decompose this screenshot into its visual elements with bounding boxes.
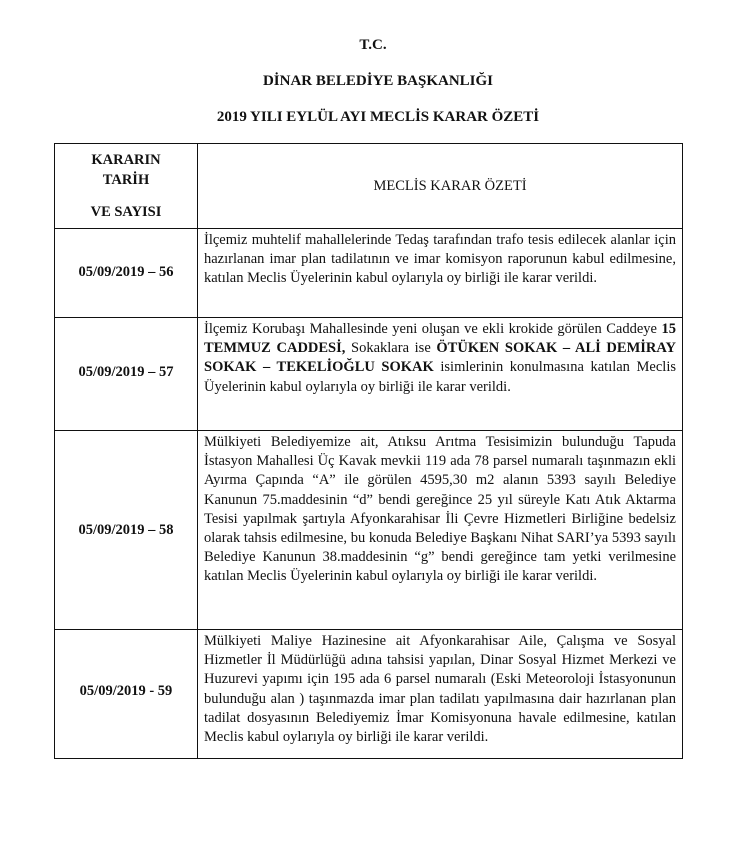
decision-summary: İlçemiz muhtelif mahallelerinde Tedaş ta… (198, 229, 683, 318)
summary-text: Sokaklara ise (345, 340, 436, 356)
decision-date-number: 05/09/2019 - 59 (55, 630, 198, 759)
column-header-date-number: KARARIN TARİH VE SAYISI (55, 144, 198, 229)
decision-date-number: 05/09/2019 – 58 (55, 431, 198, 630)
table-row: 05/09/2019 – 56 İlçemiz muhtelif mahalle… (55, 229, 683, 318)
municipality-title: DİNAR BELEDİYE BAŞKANLIĞI (5, 72, 746, 90)
decision-date-number: 05/09/2019 – 57 (55, 318, 198, 431)
decision-date-number: 05/09/2019 – 56 (55, 229, 198, 318)
column-header-line: KARARIN (91, 152, 160, 168)
decision-summary: Mülkiyeti Belediyemize ait, Atıksu Arıtm… (198, 431, 683, 630)
table-row: 05/09/2019 - 59 Mülkiyeti Maliye Hazines… (55, 630, 683, 759)
table-header-row: KARARIN TARİH VE SAYISI MECLİS KARAR ÖZE… (55, 144, 683, 229)
column-header-line: VE SAYISI (91, 204, 162, 220)
column-header-line: TARİH (103, 172, 149, 188)
summary-text: İlçemiz Korubaşı Mahallesinde yeni oluşa… (204, 321, 662, 337)
table-row: 05/09/2019 – 57 İlçemiz Korubaşı Mahalle… (55, 318, 683, 431)
column-header-summary: MECLİS KARAR ÖZETİ (198, 144, 683, 229)
decision-summary: İlçemiz Korubaşı Mahallesinde yeni oluşa… (198, 318, 683, 431)
decision-summary: Mülkiyeti Maliye Hazinesine ait Afyonkar… (198, 630, 683, 759)
document-title: 2019 YILI EYLÜL AYI MECLİS KARAR ÖZETİ (5, 108, 746, 126)
table-row: 05/09/2019 – 58 Mülkiyeti Belediyemize a… (55, 431, 683, 630)
council-decisions-table: KARARIN TARİH VE SAYISI MECLİS KARAR ÖZE… (54, 143, 683, 759)
document-header-tc: T.C. (0, 36, 746, 54)
